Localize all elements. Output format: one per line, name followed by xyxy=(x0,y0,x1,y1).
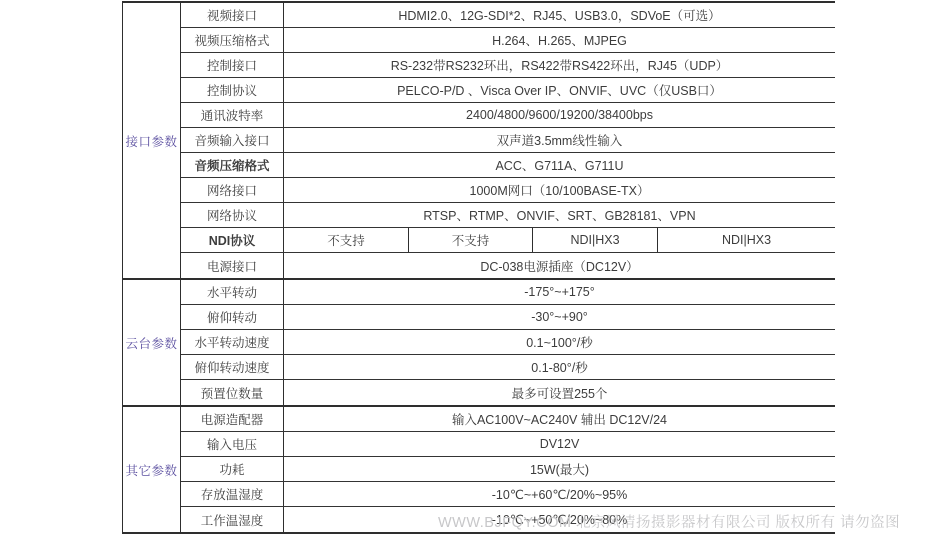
param-label: 工作温湿度 xyxy=(181,507,284,532)
table-row: 俯仰转动-30°~+90° xyxy=(181,305,835,330)
watermark-text: WWW.BJFQY.COM 北京风清扬摄影器材有限公司 版权所有 请勿盗图 xyxy=(438,511,900,532)
table-row: 俯仰转动速度0.1-80°/秒 xyxy=(181,355,835,380)
param-value-cell: NDI|HX3 xyxy=(533,228,658,252)
param-label: 存放温湿度 xyxy=(181,482,284,506)
spec-sheet-page: 接口参数视频接口HDMI2.0、12G-SDI*2、RJ45、USB3.0，SD… xyxy=(0,0,950,546)
section-rows: 视频接口HDMI2.0、12G-SDI*2、RJ45、USB3.0，SDVoE（… xyxy=(181,3,835,278)
param-label: 控制协议 xyxy=(181,78,284,102)
param-value-cell: 不支持 xyxy=(409,228,533,252)
param-label: 通讯波特率 xyxy=(181,103,284,127)
table-row: 电源接口DC-038电源插座（DC12V） xyxy=(181,253,835,278)
param-label: 俯仰转动 xyxy=(181,305,284,329)
param-value-cell: 不支持 xyxy=(284,228,409,252)
param-value: 1000M网口（10/100BASE-TX） xyxy=(284,178,835,202)
param-value: -10℃~+60℃/20%~95% xyxy=(284,482,835,506)
table-row: 网络接口1000M网口（10/100BASE-TX） xyxy=(181,178,835,203)
param-value: RTSP、RTMP、ONVIF、SRT、GB28181、VPN xyxy=(284,203,835,227)
param-value: PELCO-P/D 、Visca Over IP、ONVIF、UVC（仅USB口… xyxy=(284,78,835,102)
param-value: 双声道3.5mm线性输入 xyxy=(284,128,835,152)
table-row: NDI协议不支持不支持NDI|HX3NDI|HX3 xyxy=(181,228,835,253)
table-row: 功耗15W(最大) xyxy=(181,457,835,482)
param-label: 预置位数量 xyxy=(181,380,284,405)
param-value: -175°~+175° xyxy=(284,280,835,304)
table-row: 水平转动速度0.1~100°/秒 xyxy=(181,330,835,355)
table-row: 视频接口HDMI2.0、12G-SDI*2、RJ45、USB3.0，SDVoE（… xyxy=(181,3,835,28)
table-row: 控制协议PELCO-P/D 、Visca Over IP、ONVIF、UVC（仅… xyxy=(181,78,835,103)
param-value: DC-038电源插座（DC12V） xyxy=(284,253,835,278)
param-value: 2400/4800/9600/19200/38400bps xyxy=(284,103,835,127)
param-value: 0.1-80°/秒 xyxy=(284,355,835,379)
table-row: 预置位数量最多可设置255个 xyxy=(181,380,835,405)
param-label: 网络协议 xyxy=(181,203,284,227)
table-row: 音频输入接口双声道3.5mm线性输入 xyxy=(181,128,835,153)
param-value: DV12V xyxy=(284,432,835,456)
param-value: RS-232带RS232环出，RS422带RS422环出，RJ45（UDP） xyxy=(284,53,835,77)
category-label: 其它参数 xyxy=(123,407,181,532)
table-row: 网络协议RTSP、RTMP、ONVIF、SRT、GB28181、VPN xyxy=(181,203,835,228)
specification-table: 接口参数视频接口HDMI2.0、12G-SDI*2、RJ45、USB3.0，SD… xyxy=(122,1,835,534)
category-label: 接口参数 xyxy=(123,3,181,278)
param-value: ACC、G711A、G711U xyxy=(284,153,835,177)
param-value: 输入AC100V~AC240V 辅出 DC12V/24 xyxy=(284,407,835,431)
table-row: 通讯波特率2400/4800/9600/19200/38400bps xyxy=(181,103,835,128)
param-value: 15W(最大) xyxy=(284,457,835,481)
param-value-cell: NDI|HX3 xyxy=(658,228,835,252)
table-row: 水平转动-175°~+175° xyxy=(181,280,835,305)
table-row: 音频压缩格式ACC、G711A、G711U xyxy=(181,153,835,178)
table-section: 云台参数水平转动-175°~+175°俯仰转动-30°~+90°水平转动速度0.… xyxy=(123,280,835,407)
param-label: 俯仰转动速度 xyxy=(181,355,284,379)
param-value: 最多可设置255个 xyxy=(284,380,835,405)
param-label: NDI协议 xyxy=(181,228,284,252)
param-label: 视频压缩格式 xyxy=(181,28,284,52)
category-label: 云台参数 xyxy=(123,280,181,405)
param-label: 水平转动速度 xyxy=(181,330,284,354)
table-row: 存放温湿度-10℃~+60℃/20%~95% xyxy=(181,482,835,507)
param-value: 0.1~100°/秒 xyxy=(284,330,835,354)
table-row: 电源造配器输入AC100V~AC240V 辅出 DC12V/24 xyxy=(181,407,835,432)
table-row: 输入电压DV12V xyxy=(181,432,835,457)
section-rows: 水平转动-175°~+175°俯仰转动-30°~+90°水平转动速度0.1~10… xyxy=(181,280,835,405)
table-section: 接口参数视频接口HDMI2.0、12G-SDI*2、RJ45、USB3.0，SD… xyxy=(123,3,835,280)
param-value: H.264、H.265、MJPEG xyxy=(284,28,835,52)
param-label: 水平转动 xyxy=(181,280,284,304)
param-label: 控制接口 xyxy=(181,53,284,77)
param-label: 视频接口 xyxy=(181,3,284,27)
param-label: 音频输入接口 xyxy=(181,128,284,152)
param-label: 输入电压 xyxy=(181,432,284,456)
param-label: 音频压缩格式 xyxy=(181,153,284,177)
param-label: 网络接口 xyxy=(181,178,284,202)
param-label: 电源造配器 xyxy=(181,407,284,431)
table-row: 视频压缩格式H.264、H.265、MJPEG xyxy=(181,28,835,53)
param-label: 功耗 xyxy=(181,457,284,481)
param-value: HDMI2.0、12G-SDI*2、RJ45、USB3.0，SDVoE（可选） xyxy=(284,3,835,27)
param-label: 电源接口 xyxy=(181,253,284,278)
table-row: 控制接口RS-232带RS232环出，RS422带RS422环出，RJ45（UD… xyxy=(181,53,835,78)
param-value: -30°~+90° xyxy=(284,305,835,329)
